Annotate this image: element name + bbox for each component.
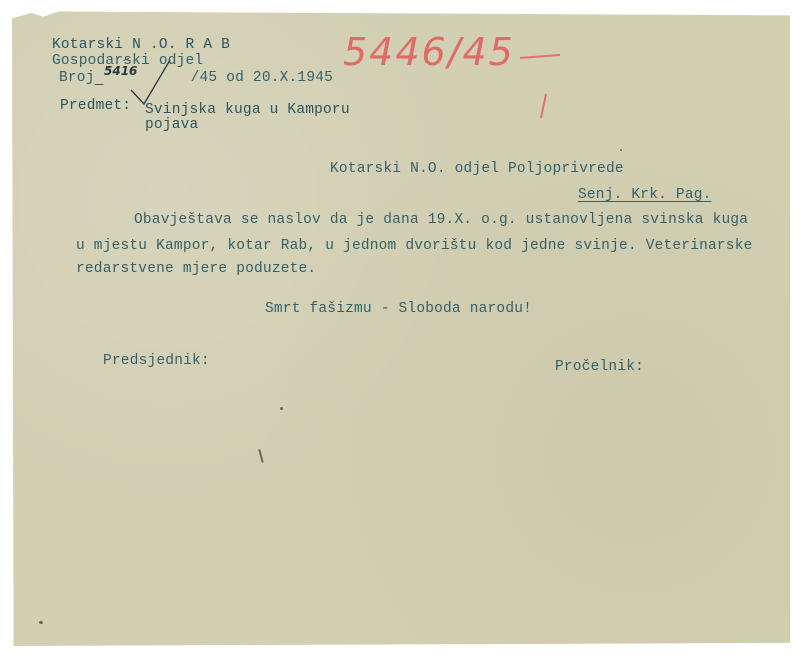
body-line-3: redarstvene mjere poduzete. [76, 261, 316, 278]
pen-checkmark-icon [0, 0, 800, 655]
body-line-1: Obavještava se naslov da je dana 19.X. o… [134, 212, 748, 229]
recipient-line-2: Senj. Krk. Pag. [578, 187, 712, 204]
signature-label-president: Predsjednik: [103, 353, 210, 370]
recipient-line-1: Kotarski N.O. odjel Poljoprivrede [330, 161, 624, 178]
body-line-2: u mjestu Kampor, kotar Rab, u jednom dvo… [76, 238, 753, 255]
salutation: Smrt fašizmu - Sloboda narodu! [265, 301, 532, 318]
red-registry-number: 5446/45 [343, 30, 515, 74]
signature-label-head: Pročelnik: [555, 359, 644, 376]
